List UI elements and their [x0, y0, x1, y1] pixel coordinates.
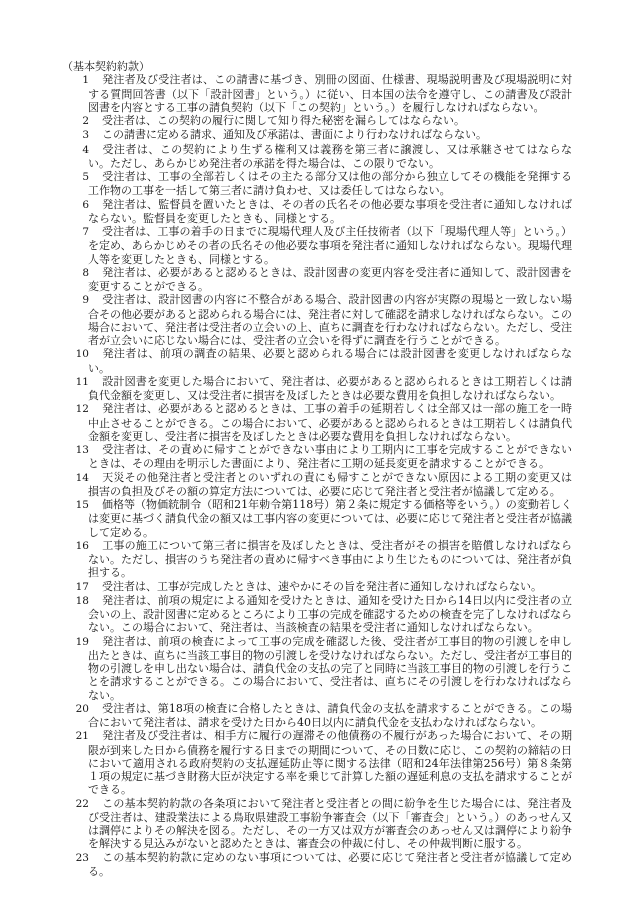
clause-list: 1発注者及び受注者は、この請書に基づき、別冊の図面、仕様書、現場説明書及び現場説…	[62, 73, 572, 878]
clause-number: 21	[75, 730, 102, 743]
clause-text: 受注者は、この契約により生ずる権利又は義務を第三者に譲渡し、又は承継させてはなら…	[88, 143, 572, 170]
clause-number: 22	[75, 798, 102, 811]
clause-text: 受注者は、工事が完成したときは、速やかにその旨を発注者に通知しなければならない。	[102, 580, 542, 593]
clause-number: 4	[75, 144, 102, 157]
clause-item: 9受注者は、設計図書の内容に不整合がある場合、設計図書の内容が実際の現場と一致し…	[62, 293, 572, 347]
clause-number: 18	[75, 595, 102, 608]
clause-text: 受注者は、その責めに帰すことができない事由により工期内に工事を完成することができ…	[88, 443, 572, 470]
clause-text: 価格等（物価統制令（昭和21年勅令第118号）第２条に規定する価格等をいう。）の…	[88, 498, 572, 539]
clause-number: 14	[75, 472, 102, 485]
clause-number: 15	[75, 499, 102, 512]
clause-item: 20受注者は、第18項の検査に合格したときは、請負代金の支払を請求することができ…	[62, 702, 572, 730]
document-page: （基本契約約款） 1発注者及び受注者は、この請書に基づき、別冊の図面、仕様書、現…	[0, 0, 630, 903]
clause-text: 受注者は、工事の全部若しくはその主たる部分又は他の部分から独立してその機能を発揮…	[88, 170, 572, 197]
clause-item: 11設計図書を変更した場合において、発注者は、必要があると認められるときは工期若…	[62, 375, 572, 403]
clause-item: 7受注者は、工事の着手の日までに現場代理人及び主任技術者（以下「現場代理人等」と…	[62, 225, 572, 266]
clause-text: 受注者は、設計図書の内容に不整合がある場合、設計図書の内容が実際の現場と一致しな…	[88, 293, 572, 347]
clause-text: 設計図書を変更した場合において、発注者は、必要があると認められるときは工期若しく…	[88, 375, 572, 402]
clause-number: 1	[75, 74, 102, 87]
clause-item: 10発注者は、前項の調査の結果、必要と認められる場合には設計図書を変更しなければ…	[62, 347, 572, 375]
clause-item: 5受注者は、工事の全部若しくはその主たる部分又は他の部分から独立してその機能を発…	[62, 170, 572, 198]
clause-text: 発注者は、前項の規定による通知を受けたときは、通知を受けた日から14日以内に受注…	[88, 594, 572, 635]
clause-text: 工事の施工について第三者に損害を及ぼしたときは、受注者がその損害を賠償しなければ…	[88, 539, 572, 580]
clause-number: 23	[75, 852, 102, 865]
clause-text: 発注者及び受注者は、この請書に基づき、別冊の図面、仕様書、現場説明書及び現場説明…	[88, 73, 572, 114]
clause-item: 1発注者及び受注者は、この請書に基づき、別冊の図面、仕様書、現場説明書及び現場説…	[62, 73, 572, 114]
clause-item: 3この請書に定める請求、通知及び承諾は、書面により行わなければならない。	[62, 128, 572, 142]
clause-item: 15価格等（物価統制令（昭和21年勅令第118号）第２条に規定する価格等をいう。…	[62, 498, 572, 539]
clause-number: 10	[75, 348, 102, 361]
clause-item: 18発注者は、前項の規定による通知を受けたときは、通知を受けた日から14日以内に…	[62, 594, 572, 635]
clause-text: 発注者は、前項の調査の結果、必要と認められる場合には設計図書を変更しなければなら…	[88, 347, 572, 374]
clause-item: 4受注者は、この契約により生ずる権利又は義務を第三者に譲渡し、又は承継させてはな…	[62, 143, 572, 171]
clause-text: 発注者は、前項の検査によって工事の完成を確認した後、受注者が工事目的物の引渡しを…	[88, 635, 572, 702]
clause-number: 5	[75, 171, 102, 184]
clause-item: 22この基本契約約款の各条項において発注者と受注者との間に紛争を生じた場合には、…	[62, 797, 572, 851]
clause-item: 12発注者は、必要があると認めるときは、工事の着手の延期若しくは全部又は一部の施…	[62, 402, 572, 443]
clause-number: 9	[75, 294, 102, 307]
document-title: （基本契約約款）	[62, 60, 572, 73]
clause-text: 受注者は、第18項の検査に合格したときは、請負代金の支払を請求することができる。…	[88, 702, 572, 729]
clause-number: 12	[75, 403, 102, 416]
clause-text: 発注者は、監督員を置いたときは、その者の氏名その他必要な事項を受注者に通知しなけ…	[88, 198, 572, 225]
clause-item: 19発注者は、前項の検査によって工事の完成を確認した後、受注者が工事目的物の引渡…	[62, 635, 572, 702]
clause-number: 3	[75, 129, 102, 142]
clause-number: 6	[75, 199, 102, 212]
clause-number: 13	[75, 444, 102, 457]
clause-item: 13受注者は、その責めに帰すことができない事由により工期内に工事を完成することが…	[62, 443, 572, 471]
clause-text: この基本契約約款に定めのない事項については、必要に応じて発注者と受注者が協議して…	[88, 851, 572, 878]
clause-number: 17	[75, 581, 102, 594]
clause-item: 23この基本契約約款に定めのない事項については、必要に応じて発注者と受注者が協議…	[62, 851, 572, 879]
clause-text: 発注者は、必要があると認めるときは、設計図書の変更内容を受注者に通知して、設計図…	[88, 266, 572, 293]
clause-number: 2	[75, 115, 102, 128]
clause-text: 受注者は、この契約の履行に関して知り得た秘密を漏らしてはならない。	[102, 114, 465, 127]
clause-item: 16工事の施工について第三者に損害を及ぼしたときは、受注者がその損害を賠償しなけ…	[62, 539, 572, 580]
clause-text: 発注者及び受注者は、相手方に履行の遅滞その他債務の不履行があった場合において、そ…	[88, 729, 572, 796]
clause-item: 8発注者は、必要があると認めるときは、設計図書の変更内容を受注者に通知して、設計…	[62, 266, 572, 294]
clause-text: この基本契約約款の各条項において発注者と受注者との間に紛争を生じた場合には、発注…	[88, 797, 572, 851]
clause-item: 14天災その他発注者と受注者とのいずれの責にも帰すことができない原因による工期の…	[62, 471, 572, 499]
clause-number: 20	[75, 703, 102, 716]
clause-number: 7	[75, 226, 102, 239]
clause-text: 天災その他発注者と受注者とのいずれの責にも帰すことができない原因による工期の変更…	[88, 471, 572, 498]
clause-item: 17受注者は、工事が完成したときは、速やかにその旨を発注者に通知しなければならな…	[62, 580, 572, 594]
clause-number: 8	[75, 267, 102, 280]
clause-number: 16	[75, 540, 102, 553]
clause-number: 19	[75, 636, 102, 649]
clause-number: 11	[75, 376, 102, 389]
clause-item: 6発注者は、監督員を置いたときは、その者の氏名その他必要な事項を受注者に通知しな…	[62, 198, 572, 226]
clause-text: この請書に定める請求、通知及び承諾は、書面により行わなければならない。	[102, 128, 487, 141]
clause-item: 21発注者及び受注者は、相手方に履行の遅滞その他債務の不履行があった場合において…	[62, 729, 572, 796]
clause-text: 受注者は、工事の着手の日までに現場代理人及び主任技術者（以下「現場代理人等」とい…	[88, 225, 572, 266]
clause-item: 2受注者は、この契約の履行に関して知り得た秘密を漏らしてはならない。	[62, 114, 572, 128]
clause-text: 発注者は、必要があると認めるときは、工事の着手の延期若しくは全部又は一部の施工を…	[88, 402, 572, 443]
